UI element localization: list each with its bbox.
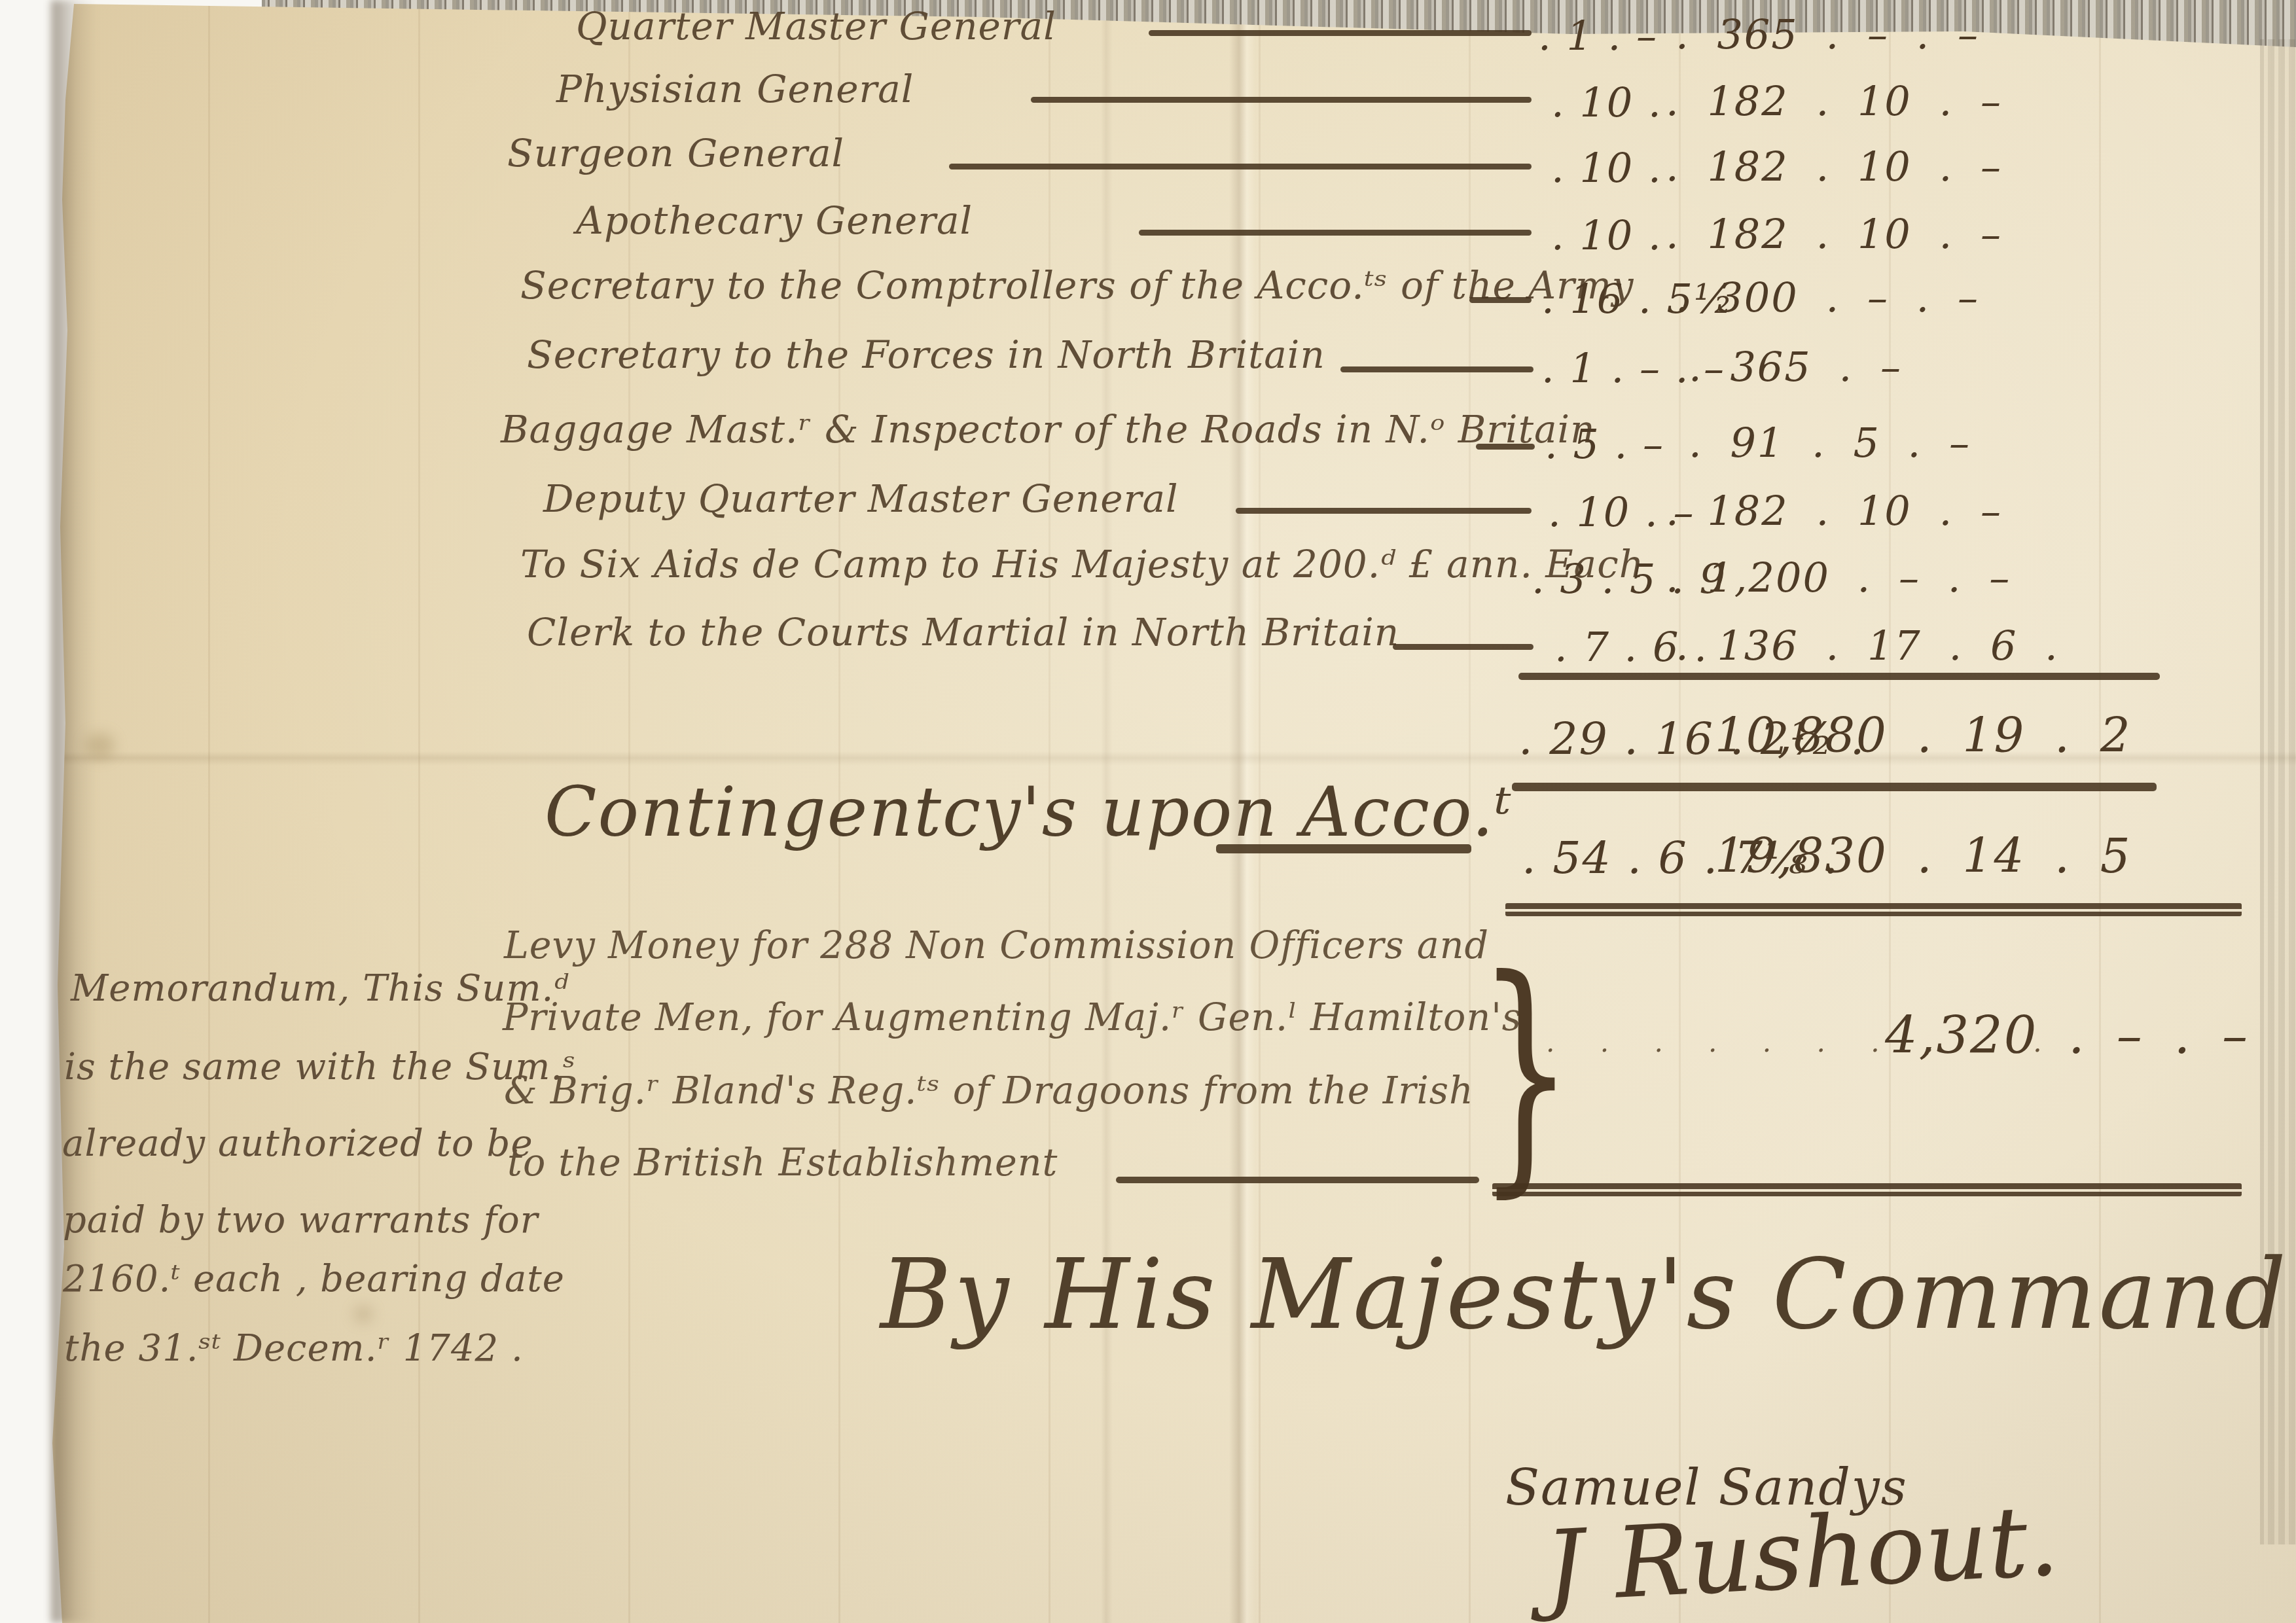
leader-rule — [1149, 30, 1532, 36]
table-row: Secretary to the Forces in North Britain… — [0, 326, 2296, 391]
leader-rule — [1139, 230, 1532, 236]
table-row: Baggage Mast.ʳ & Inspector of the Roads … — [0, 401, 2296, 466]
row-rate: . 10 . — [1551, 144, 1662, 192]
contingencies-dash — [1216, 844, 1471, 853]
row-amount: . 182 . 10 . – — [1666, 77, 2002, 125]
row-title: Baggage Mast.ʳ & Inspector of the Roads … — [501, 407, 1595, 452]
memorandum-line: 2160.ᵗ each , bearing date — [63, 1258, 565, 1300]
memorandum-line: already authorized to be — [62, 1122, 533, 1165]
contingencies-label: Contingentcy's upon Acco.ᵗ — [545, 772, 1513, 852]
row-title: Apothecary General — [576, 198, 973, 243]
row-title: Surgeon General — [507, 131, 844, 175]
memorandum-line: Memorandum, This Sum.ᵈ — [71, 967, 569, 1010]
document-content: Quarter Master General . 1 . – . 365 . –… — [0, 0, 2296, 1623]
memorandum-line: paid by two warrants for — [63, 1199, 539, 1241]
row-amount: . 182 . 10 . – — [1666, 487, 2002, 535]
row-rate: . 1 . – — [1538, 12, 1658, 60]
leader-rule — [1340, 366, 1534, 372]
leader-rule — [949, 164, 1532, 169]
table-row: Physisian General . 10 . . 182 . 10 . – — [0, 63, 2296, 128]
row-title: Secretary to the Comptrollers of the Acc… — [520, 263, 1634, 308]
table-row: Clerk to the Courts Martial in North Bri… — [0, 603, 2296, 669]
levy-line: & Brig.ʳ Bland's Reg.ᵗˢ of Dragoons from… — [504, 1069, 1474, 1113]
leader-rule — [1469, 297, 1532, 303]
table-row: Secretary to the Comptrollers of the Acc… — [0, 257, 2296, 322]
table-row: Quarter Master General . 1 . – . 365 . –… — [0, 0, 2296, 65]
levy-line: Levy Money for 288 Non Commission Office… — [504, 924, 1489, 967]
row-amount: . 365 . – . – — [1676, 10, 1979, 58]
table-row: To Six Aids de Camp to His Majesty at 20… — [0, 535, 2296, 601]
row-amount: . 300 . – . – — [1676, 274, 1979, 321]
levy-amount: 4,320 . – . – — [1885, 1007, 2249, 1065]
leader-rule — [1393, 644, 1534, 650]
row-title: Physisian General — [556, 67, 914, 111]
leader-rule — [1476, 444, 1535, 450]
leader-rule — [1236, 508, 1532, 514]
table-row: Deputy Quarter Master General . 10 . – .… — [0, 470, 2296, 535]
row-rate: . 10 . — [1551, 79, 1662, 126]
row-title: Quarter Master General — [576, 4, 1056, 48]
levy-dash — [1116, 1177, 1479, 1183]
row-rate: . 10 . — [1551, 211, 1662, 259]
levy-line: to the British Establishment — [507, 1141, 1058, 1185]
row-amount: . 365 . – — [1689, 343, 1902, 391]
subtotal-amount: 10,880 . 19 . 2 — [1715, 708, 2132, 763]
subtotal-rule — [1512, 783, 2157, 791]
levy-line: Private Men, for Augmenting Maj.ʳ Gen.ˡ … — [503, 996, 1522, 1039]
row-amount: . 182 . 10 . – — [1666, 143, 2002, 190]
row-amount: . 182 . 10 . – — [1666, 210, 2002, 258]
row-title: To Six Aids de Camp to His Majesty at 20… — [520, 542, 1644, 586]
memorandum-line: the 31.ˢᵗ Decem.ʳ 1742 . — [64, 1327, 524, 1370]
row-amount: . 91 . 5 . – — [1689, 419, 1971, 467]
levy-double-rule — [1492, 1183, 2242, 1196]
row-rate: . 5 . – — [1545, 420, 1664, 468]
total-amount: 19,830 . 14 . 5 — [1715, 829, 2132, 883]
memorandum-line: is the same with the Sum.ˢ — [64, 1046, 576, 1088]
manuscript-warrant-page: Quarter Master General . 1 . – . 365 . –… — [0, 0, 2296, 1623]
table-row: Surgeon General . 10 . . 182 . 10 . – — [0, 126, 2296, 191]
leader-rule — [1031, 97, 1532, 103]
command-line: By His Majesty's Command. — [880, 1238, 2296, 1351]
sum-rule — [1518, 673, 2160, 680]
levy-brace: } — [1478, 950, 1573, 1195]
row-title: Clerk to the Courts Martial in North Bri… — [527, 610, 1399, 654]
row-amount: . 136 . 17 . 6 . — [1676, 622, 2059, 669]
row-title: Deputy Quarter Master General — [543, 476, 1179, 521]
total-double-rule — [1505, 903, 2242, 916]
table-row: Apothecary General . 10 . . 182 . 10 . – — [0, 193, 2296, 259]
row-amount: . 1,200 . – . – — [1666, 554, 2011, 601]
row-title: Secretary to the Forces in North Britain — [527, 332, 1325, 377]
